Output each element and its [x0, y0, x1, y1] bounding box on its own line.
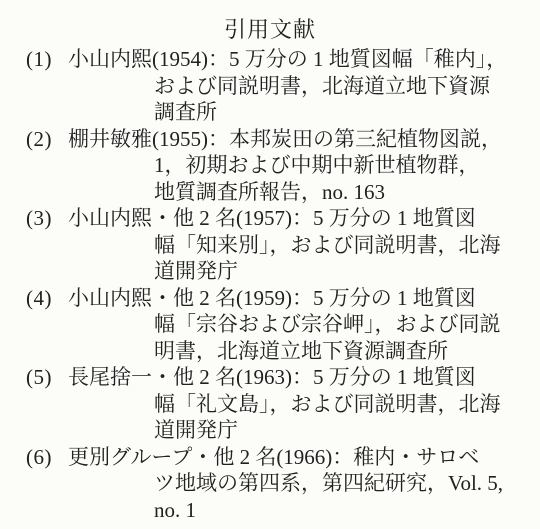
- reference-line: 棚井敏雅(1955)：本邦炭田の第三紀植物図説，: [0, 126, 540, 153]
- reference-line: 調査所: [0, 99, 540, 126]
- reference-number: (2): [26, 126, 52, 153]
- reference-line: および同説明書，北海道立地下資源: [0, 73, 540, 100]
- reference-line: 道開発庁: [0, 417, 540, 444]
- document-page: 引用文献 (1) 小山内熙(1954)：5 万分の 1 地質図幅「稚内」， およ…: [0, 0, 540, 529]
- reference-line: 地質調査所報告，no. 163: [0, 179, 540, 206]
- reference-line: 1，初期および中期中新世植物群，: [0, 152, 540, 179]
- reference-number: (4): [26, 285, 52, 312]
- page-title: 引用文献: [0, 16, 540, 43]
- reference-line: 幅「知来別」，および同説明書，北海: [0, 232, 540, 259]
- reference-line: no. 1: [0, 497, 540, 524]
- reference-line: 明書，北海道立地下資源調査所: [0, 338, 540, 365]
- reference-entry-2: (2) 棚井敏雅(1955)：本邦炭田の第三紀植物図説， 1，初期および中期中新…: [0, 126, 540, 206]
- reference-number: (5): [26, 364, 52, 391]
- reference-number: (3): [26, 205, 52, 232]
- reference-number: (6): [26, 444, 52, 471]
- reference-entry-5: (5) 長尾捨一・他 2 名(1963)：5 万分の 1 地質図 幅「礼文島」，…: [0, 364, 540, 444]
- reference-entry-3: (3) 小山内熙・他 2 名(1957)：5 万分の 1 地質図 幅「知来別」，…: [0, 205, 540, 285]
- reference-line: 長尾捨一・他 2 名(1963)：5 万分の 1 地質図: [0, 364, 540, 391]
- reference-entry-4: (4) 小山内熙・他 2 名(1959)：5 万分の 1 地質図 幅「宗谷および…: [0, 285, 540, 365]
- reference-number: (1): [26, 46, 52, 73]
- reference-list: (1) 小山内熙(1954)：5 万分の 1 地質図幅「稚内」， および同説明書…: [0, 46, 540, 523]
- reference-line: 小山内熙・他 2 名(1959)：5 万分の 1 地質図: [0, 285, 540, 312]
- reference-line: 道開発庁: [0, 258, 540, 285]
- reference-line: 更別グループ・他 2 名(1966)：稚内・サロベ: [0, 444, 540, 471]
- reference-line: 幅「礼文島」，および同説明書，北海: [0, 391, 540, 418]
- reference-entry-6: (6) 更別グループ・他 2 名(1966)：稚内・サロベ ツ地域の第四系，第四…: [0, 444, 540, 524]
- reference-line: 小山内熙・他 2 名(1957)：5 万分の 1 地質図: [0, 205, 540, 232]
- reference-entry-1: (1) 小山内熙(1954)：5 万分の 1 地質図幅「稚内」， および同説明書…: [0, 46, 540, 126]
- reference-line: 小山内熙(1954)：5 万分の 1 地質図幅「稚内」，: [0, 46, 540, 73]
- reference-line: 幅「宗谷および宗谷岬」，および同説: [0, 311, 540, 338]
- reference-line: ツ地域の第四系，第四紀研究，Vol. 5,: [0, 470, 540, 497]
